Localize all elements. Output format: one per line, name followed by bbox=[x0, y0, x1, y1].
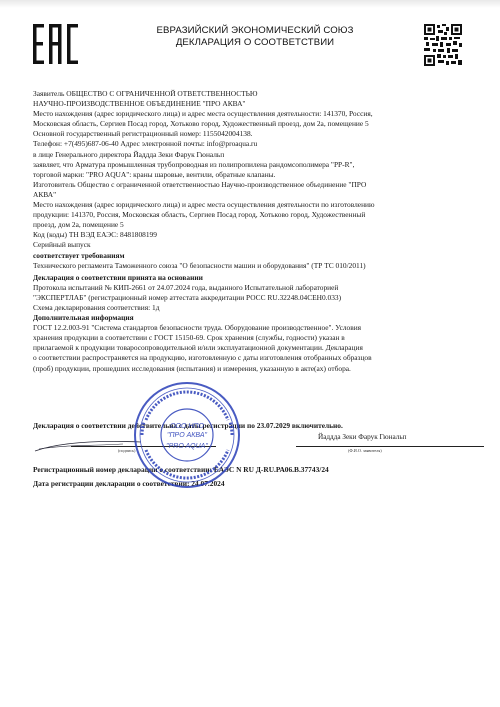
regulation-line: Технического регламента Таможенного союз… bbox=[33, 261, 483, 271]
contact-line: Телефон: +7(495)687-06-40 Адрес электрон… bbox=[33, 139, 483, 149]
scheme-line: Схема декларирования соответствия: 1д bbox=[33, 303, 483, 313]
company-stamp-icon: ООО НПО "ПРО АКВА" "PRO AQUA" bbox=[132, 380, 242, 490]
applicant-address-1: Место нахождения (адрес юридического лиц… bbox=[33, 109, 483, 119]
product-line-2: торговой марки: "PRO AQUA": краны шаровы… bbox=[33, 170, 483, 180]
applicant-line-1: Заявитель ОБЩЕСТВО С ОГРАНИЧЕННОЙ ОТВЕТС… bbox=[33, 89, 483, 99]
manufacturer-address-1: Место нахождения (адрес юридического лиц… bbox=[33, 200, 483, 210]
ogrn-line: Основной государственный регистрационный… bbox=[33, 129, 483, 139]
production-type-line: Серийный выпуск bbox=[33, 240, 483, 250]
applicant-line-2: НАУЧНО-ПРОИЗВОДСТВЕННОЕ ОБЪЕДИНЕНИЕ "ПРО… bbox=[33, 99, 483, 109]
basis-heading: Декларация о соответствии принята на осн… bbox=[33, 273, 483, 283]
manufacturer-line-2: АКВА" bbox=[33, 190, 483, 200]
declaration-body: Заявитель ОБЩЕСТВО С ОГРАНИЧЕННОЙ ОТВЕТС… bbox=[33, 89, 483, 374]
stamp-line-1: ООО НПО bbox=[170, 423, 204, 430]
name-caption: (Ф.И.О. заявителя) bbox=[348, 448, 382, 453]
stamp-line-2: "ПРО АКВА" bbox=[167, 432, 208, 439]
protocol-line-1: Протокола испытаний № КИП-2661 от 24.07.… bbox=[33, 283, 483, 293]
applicant-address-2: Московская область, Сергиев Посад город,… bbox=[33, 119, 483, 129]
conforms-heading: соответствует требованиям bbox=[33, 251, 483, 261]
protocol-line-2: "ЭКСПЕРТЛАБ" (регистрационный номер атте… bbox=[33, 293, 483, 303]
signer-name: Йаддда Зеки Фарук Гюнальп bbox=[318, 433, 407, 441]
union-title: ЕВРАЗИЙСКИЙ ЭКОНОМИЧЕСКИЙ СОЮЗ bbox=[130, 25, 380, 37]
additional-info-line-4: о соответствии распространяется на проду… bbox=[33, 353, 483, 363]
qr-code-icon bbox=[424, 24, 462, 66]
product-line-1: заявляет, что Арматура промышленная труб… bbox=[33, 160, 483, 170]
stamp-line-3: "PRO AQUA" bbox=[166, 443, 208, 450]
additional-info-line-1: ГОСТ 12.2.003-91 "Система стандартов без… bbox=[33, 323, 483, 333]
hs-code-line: Код (коды) ТН ВЭД ЕАЭС: 8481808199 bbox=[33, 230, 483, 240]
representative-line: в лице Генерального директора Йаддда Зек… bbox=[33, 150, 483, 160]
signature-block: Декларация о соответствии действительна … bbox=[33, 421, 483, 491]
additional-info-line-2: хранения продукции в соответствии с ГОСТ… bbox=[33, 333, 483, 343]
additional-info-line-5: (проб) продукции, прошедших исследования… bbox=[33, 364, 483, 374]
eac-logo-icon bbox=[32, 22, 80, 66]
additional-info-heading: Дополнительная информация bbox=[33, 313, 483, 323]
manufacturer-address-3: проезд, дом 2а, помещение 5 bbox=[33, 220, 483, 230]
document-header: ЕВРАЗИЙСКИЙ ЭКОНОМИЧЕСКИЙ СОЮЗ ДЕКЛАРАЦИ… bbox=[130, 25, 380, 49]
document-title: ДЕКЛАРАЦИЯ О СООТВЕТСТВИИ bbox=[130, 37, 380, 49]
manufacturer-line-1: Изготовитель Общество с ограниченной отв… bbox=[33, 180, 483, 190]
scan-edge-shade bbox=[0, 0, 500, 8]
name-line bbox=[296, 446, 484, 447]
additional-info-line-3: прилагаемой к продукции товаросопроводит… bbox=[33, 343, 483, 353]
manufacturer-address-2: продукции: 141370, Россия, Московская об… bbox=[33, 210, 483, 220]
